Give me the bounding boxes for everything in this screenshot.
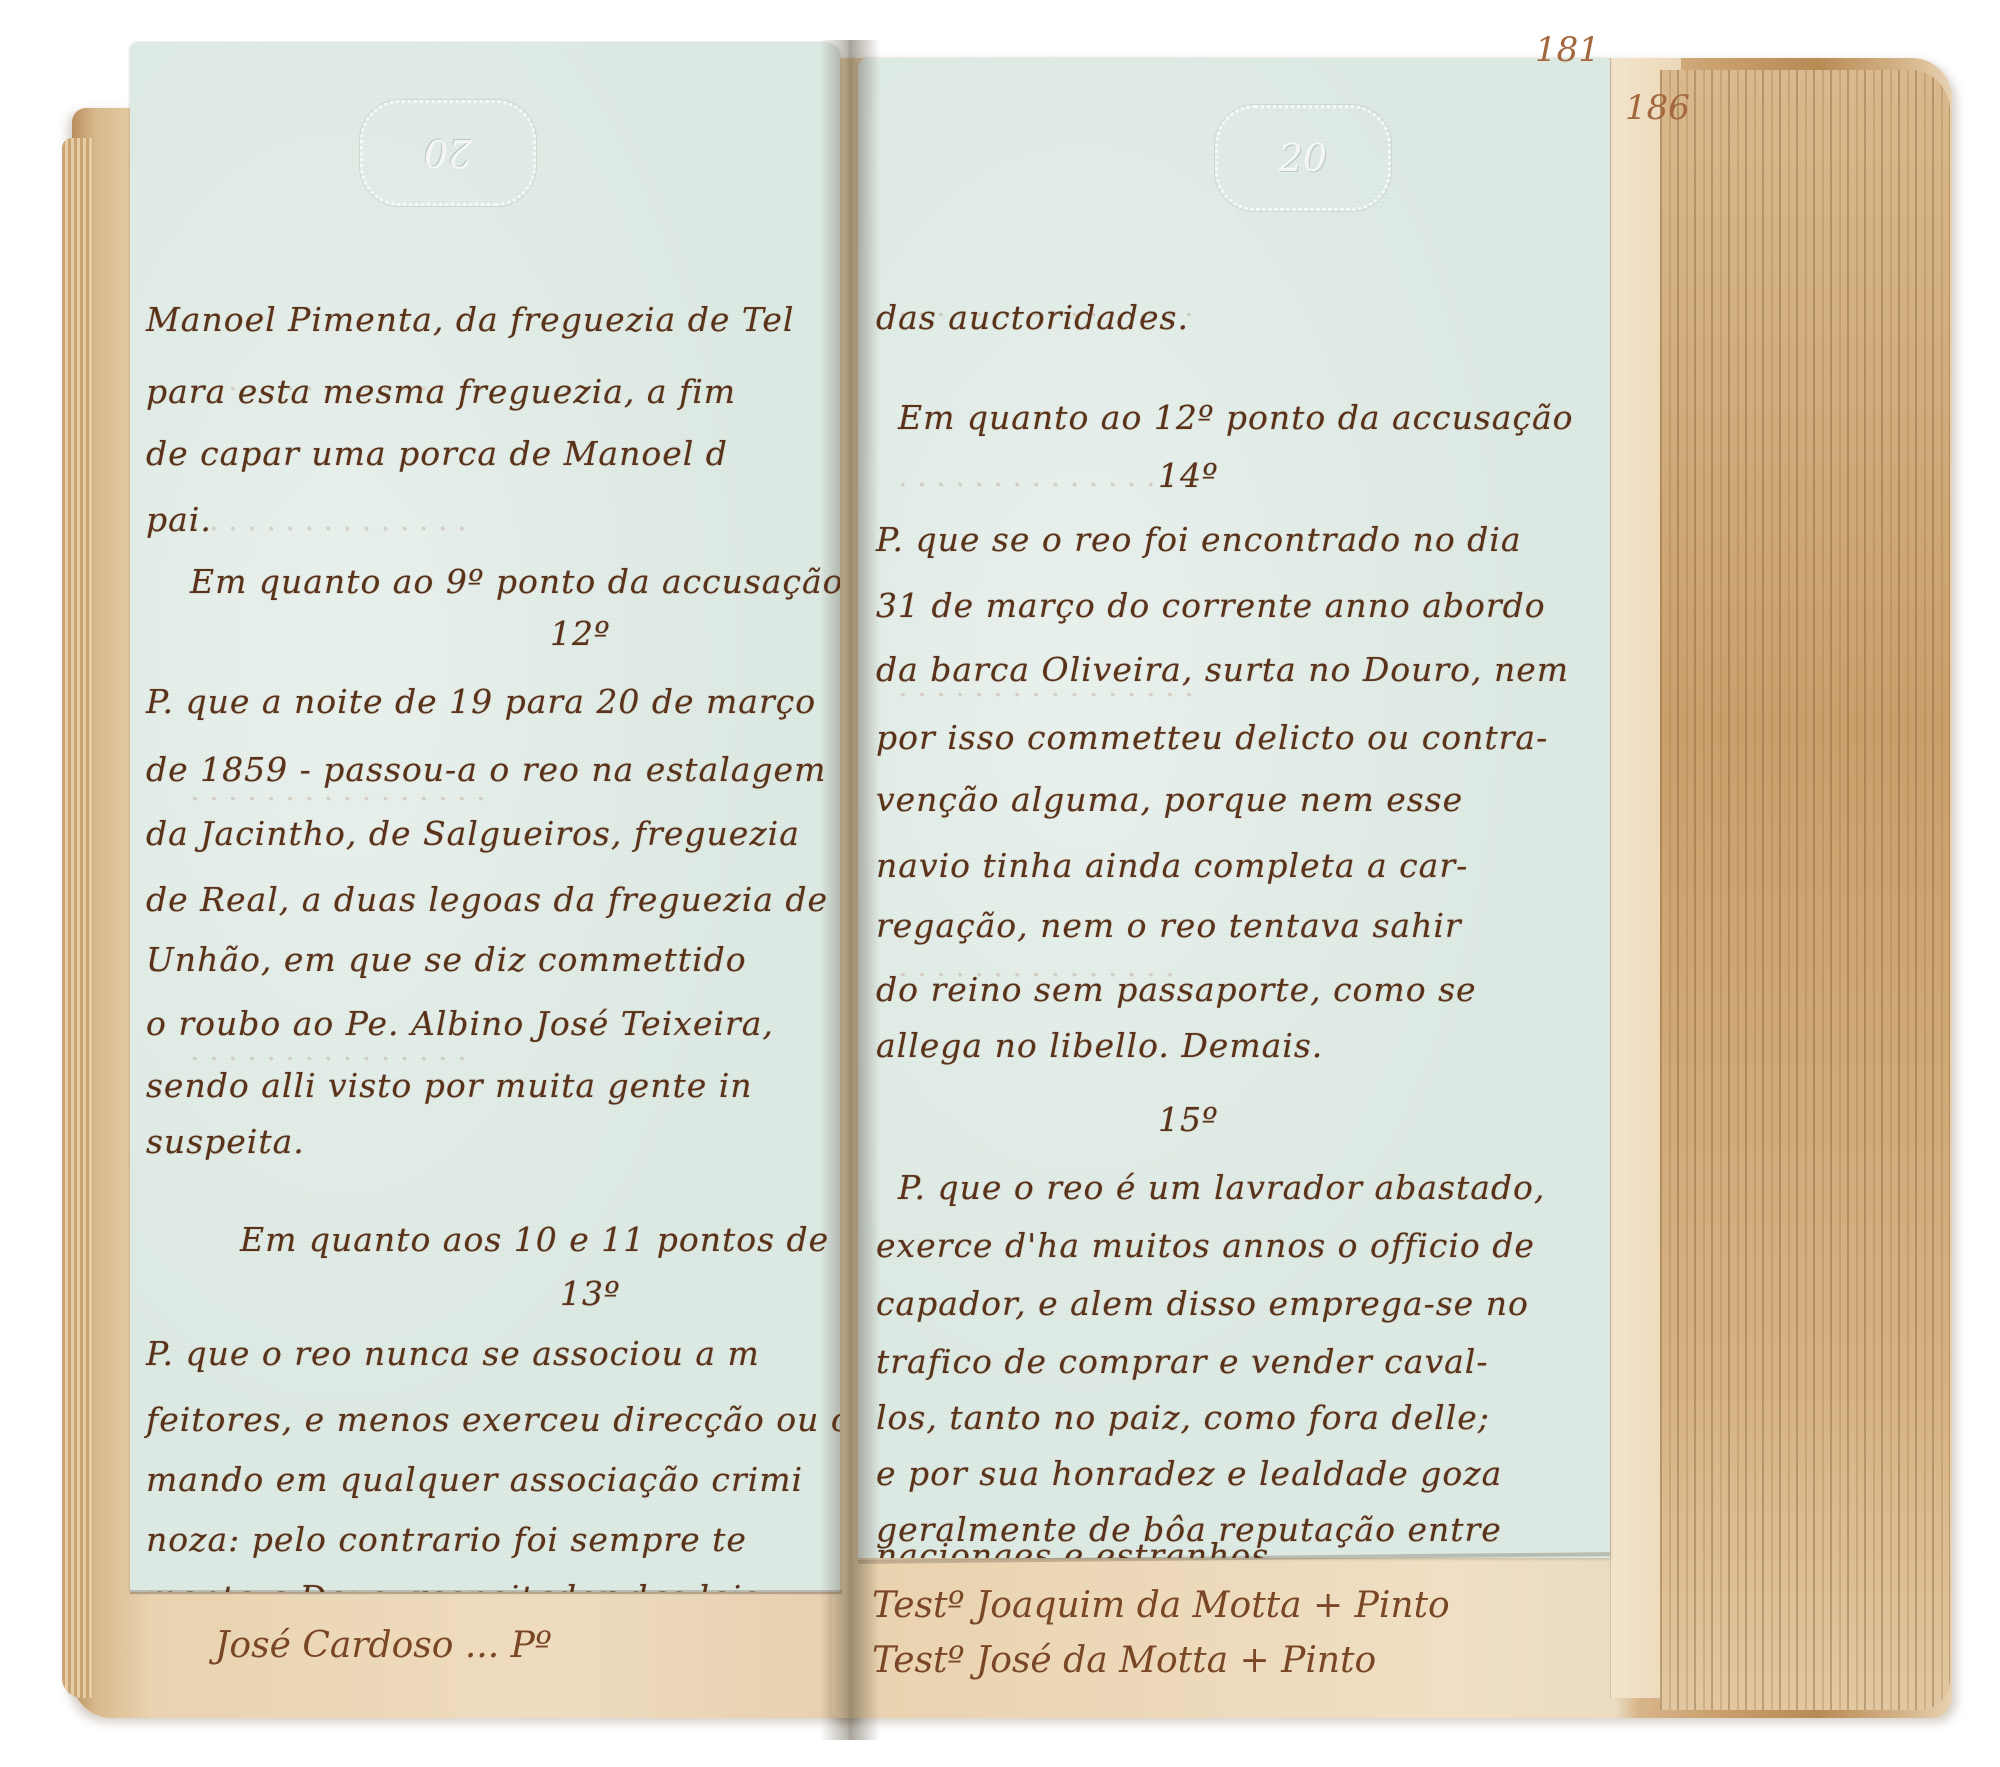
right-heading-14: 14º (1158, 456, 1219, 495)
right-line-7: por isso commetteu delicto ou contra- (876, 718, 1548, 757)
left-line-13: sendo alli visto por muita gente in (146, 1066, 753, 1105)
left-line-7: P. que a noite de 19 para 20 de março (146, 682, 816, 721)
right-line-15: exerce d'ha muitos annos o officio de (876, 1226, 1535, 1265)
left-signature: José Cardoso ... Pº (215, 1625, 552, 1666)
folio-number-leaf: 186 (1625, 88, 1690, 128)
left-line-1: Manoel Pimenta, da freguezia de Tel (146, 300, 794, 339)
left-line-20: noza: pelo contrario foi sempre te (146, 1520, 747, 1559)
left-line-8: de 1859 - passou-a o reo na estalagem (146, 750, 826, 789)
right-line-4: P. que se o reo foi encontrado no dia (876, 520, 1522, 559)
right-line-5: 31 de março do corrente anno abordo (876, 586, 1546, 625)
open-manuscript-book: 20 20 181 186 · · · · · · · · · · · · · … (0, 0, 2000, 1767)
right-line-11: do reino sem passaporte, como se (876, 970, 1477, 1009)
fore-edge-pages (1660, 70, 1950, 1710)
right-line-18: los, tanto no paiz, como fora delle; (876, 1398, 1490, 1437)
left-line-9: da Jacintho, de Salgueiros, freguezia (146, 814, 800, 853)
witness-signature-1: Testº Joaquim da Motta + Pinto (872, 1585, 1450, 1626)
left-line-2: para esta mesma freguezia, a fim (146, 372, 736, 411)
left-line-19: mando em qualquer associação crimi (146, 1460, 803, 1499)
right-line-16: capador, e alem disso emprega-se no (876, 1284, 1529, 1323)
right-line-21: nacionaes e estranhos. (876, 1536, 1281, 1558)
right-line-14: P. que o reo é um lavrador abastado, (898, 1168, 1545, 1207)
right-line-9: navio tinha ainda completa a car- (876, 846, 1468, 885)
right-page-text-area: · · · · · · · · · · · · · · · · · · · · … (858, 58, 1610, 1558)
right-line-6: da barca Oliveira, surta no Douro, nem (876, 650, 1569, 689)
right-line-1: das auctoridades. (876, 298, 1189, 337)
left-line-15: Em quanto aos 10 e 11 pontos de accus (240, 1220, 840, 1259)
right-line-2: Em quanto ao 12º ponto da accusação (898, 398, 1574, 437)
left-heading-12: 12º (550, 614, 611, 653)
right-line-10: regação, nem o reo tentava sahir (876, 906, 1462, 945)
right-heading-15: 15º (1158, 1100, 1219, 1139)
left-line-18: feitores, e menos exerceu direcção ou co (146, 1400, 840, 1439)
left-line-3: de capar uma porca de Manoel d (146, 434, 728, 473)
left-line-21: mente a Deus, respeitador das leis (146, 1578, 760, 1592)
left-line-17: P. que o reo nunca se associou a m (146, 1334, 760, 1373)
right-line-19: e por sua honradez e lealdade goza (876, 1454, 1502, 1493)
left-line-10: de Real, a duas legoas da freguezia de (146, 880, 828, 919)
right-line-12: allega no libello. Demais. (876, 1026, 1323, 1065)
witness-signature-2: Testº José da Motta + Pinto (872, 1640, 1376, 1681)
left-page-text-area: · · · · · · · · · · · · · · · · · · · · … (130, 42, 840, 1592)
left-line-5: Em quanto ao 9º ponto da accusação (190, 562, 840, 601)
right-line-17: trafico de comprar e vender caval- (876, 1342, 1488, 1381)
right-line-8: venção alguma, porque nem esse (876, 780, 1463, 819)
left-heading-13: 13º (560, 1274, 621, 1313)
left-line-4: pai. (146, 500, 212, 539)
left-line-11: Unhão, em que se diz commettido (146, 940, 747, 979)
left-line-12: o roubo ao Pe. Albino José Teixeira, (146, 1004, 774, 1043)
left-line-14: suspeita. (146, 1122, 305, 1161)
